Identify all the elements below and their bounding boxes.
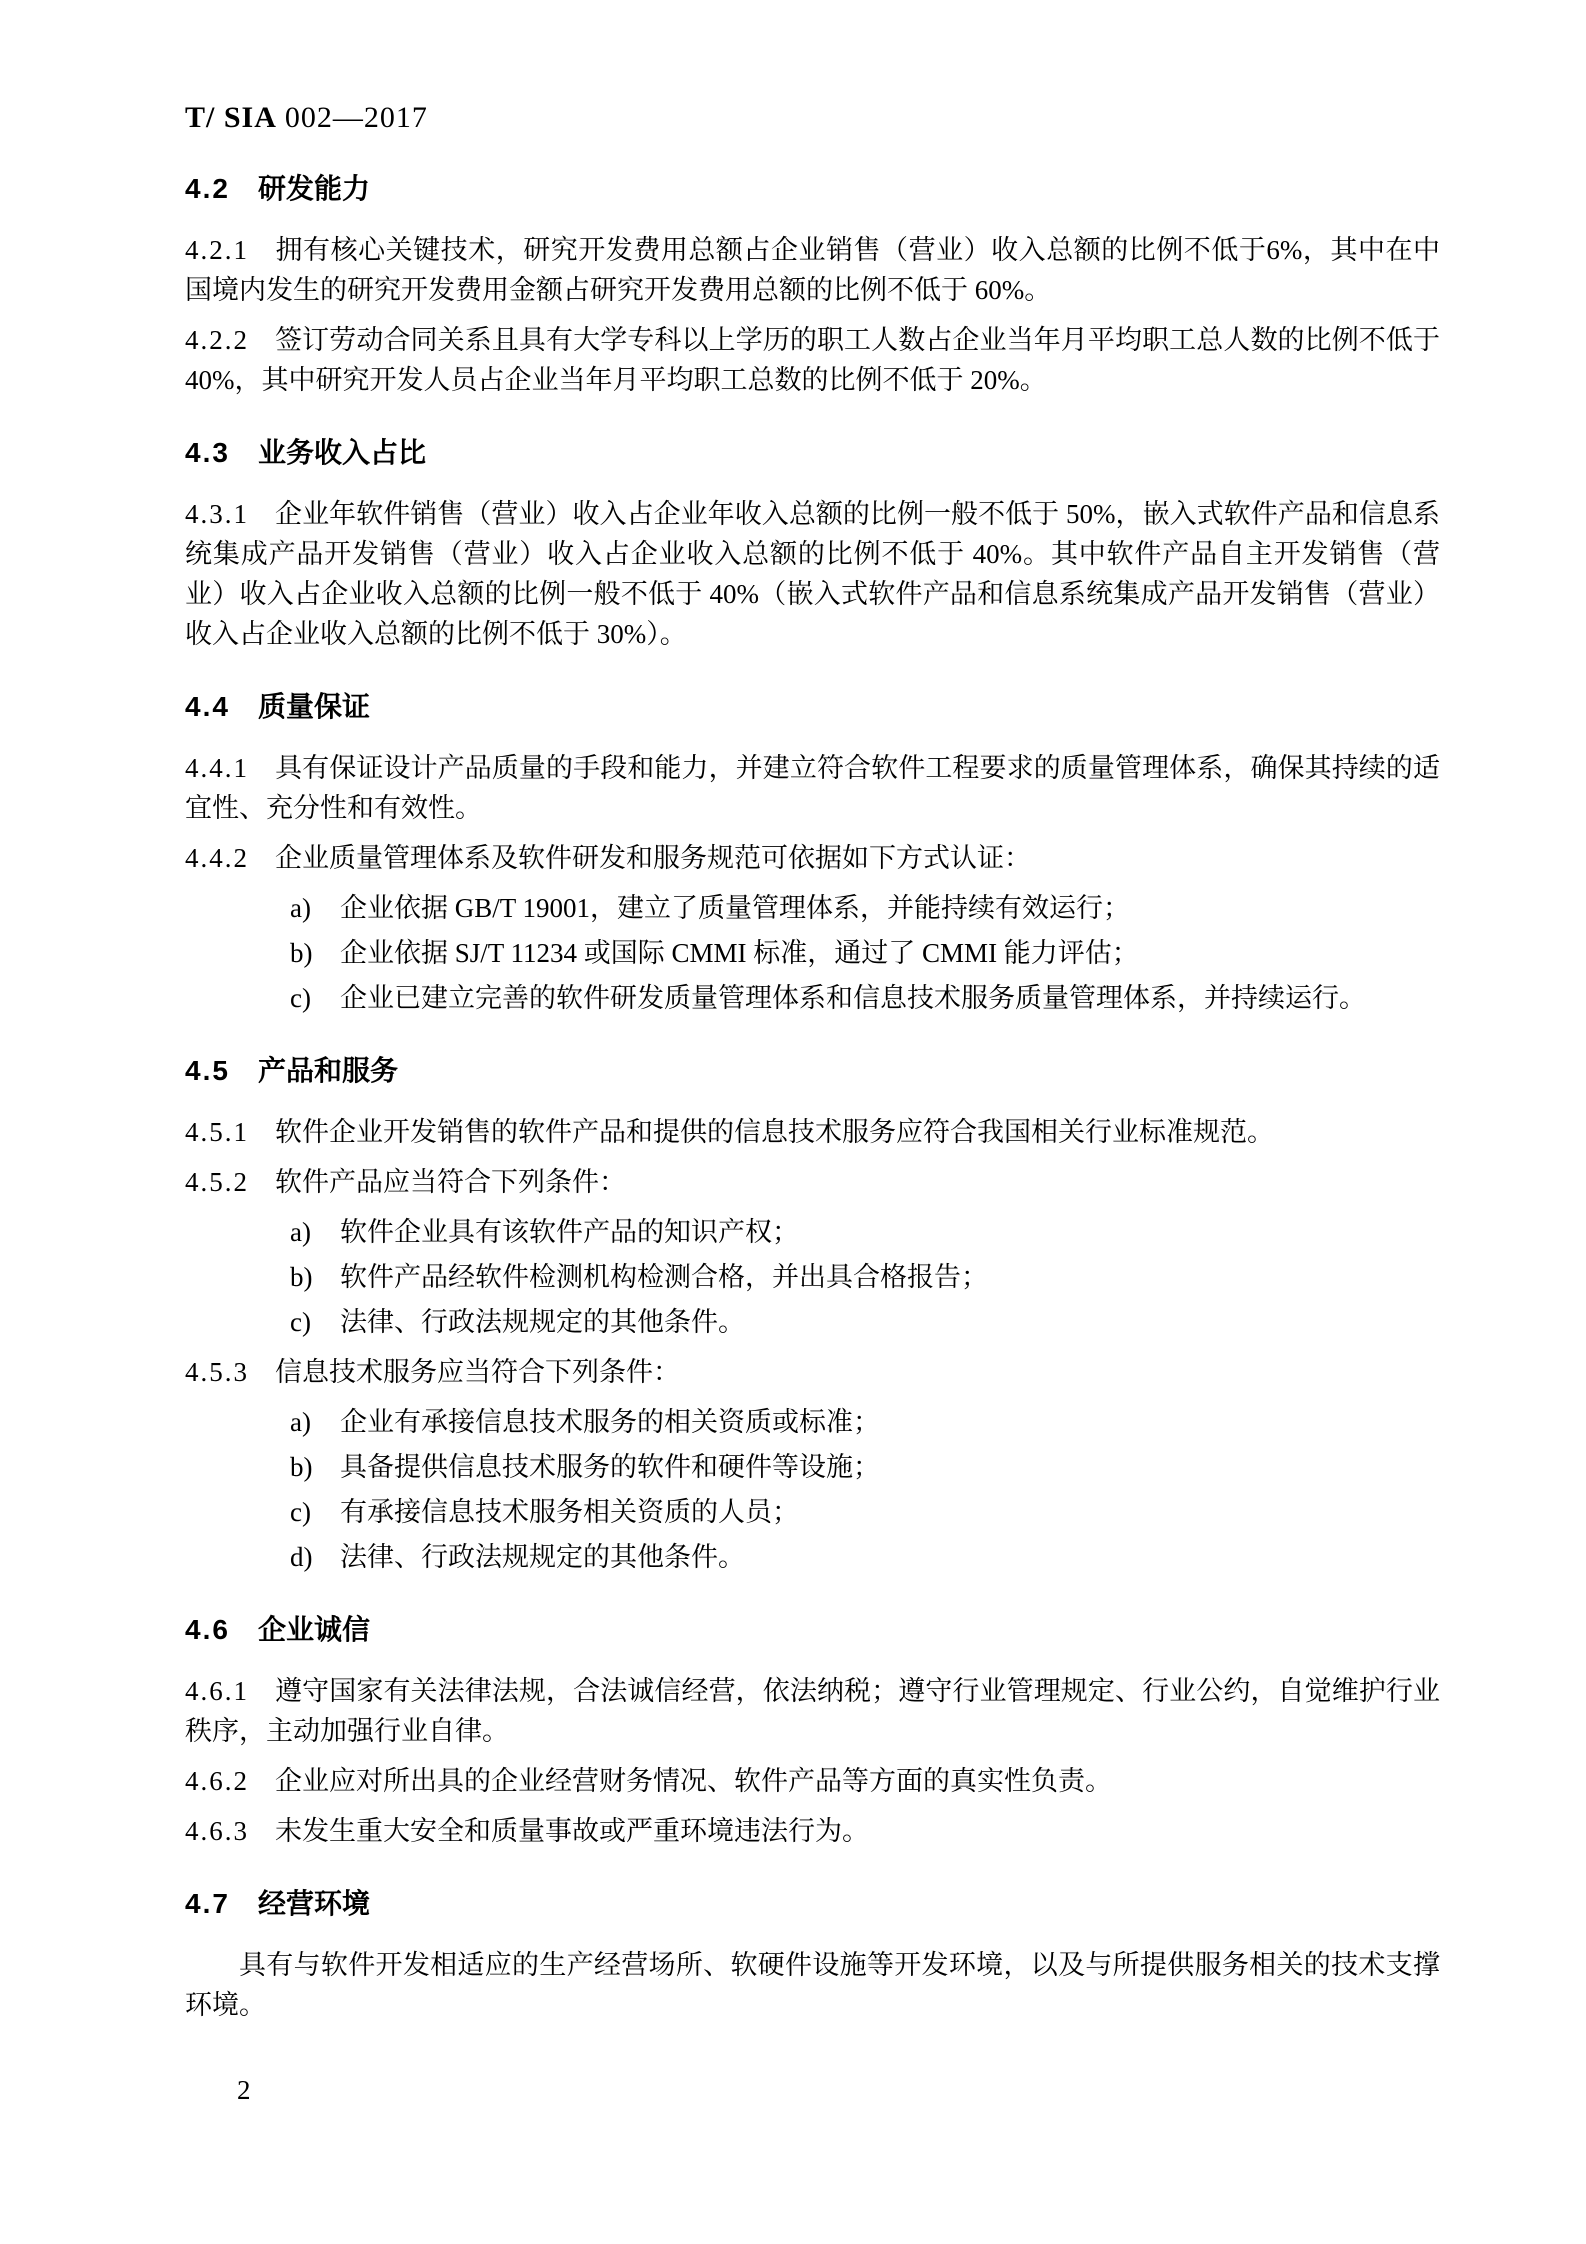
section-number: 4.6 xyxy=(185,1614,230,1645)
clause-4-5-2: 4.5.2软件产品应当符合下列条件： xyxy=(185,1162,1440,1202)
list-text: 企业有承接信息技术服务的相关资质或标准； xyxy=(340,1407,880,1437)
clause-4-5-3: 4.5.3信息技术服务应当符合下列条件： xyxy=(185,1352,1440,1392)
list-text: 企业依据 GB/T 19001，建立了质量管理体系，并能持续有效运行； xyxy=(340,893,1130,923)
clause-text: 拥有核心关键技术，研究开发费用总额占企业销售（营业）收入总额的比例不低于6%，其… xyxy=(185,235,1440,305)
clause-number: 4.6.3 xyxy=(185,1816,249,1846)
list-text: 法律、行政法规规定的其他条件。 xyxy=(340,1307,745,1337)
clause-number: 4.6.1 xyxy=(185,1676,249,1706)
clause-text: 企业年软件销售（营业）收入占企业年收入总额的比例一般不低于 50%，嵌入式软件产… xyxy=(185,499,1440,649)
section-title: 质量保证 xyxy=(258,691,370,722)
list-item-4-4-2-a: a)企业依据 GB/T 19001，建立了质量管理体系，并能持续有效运行； xyxy=(185,888,1440,928)
list-text: 企业依据 SJ/T 11234 或国际 CMMI 标准，通过了 CMMI 能力评… xyxy=(340,938,1139,968)
section-number: 4.2 xyxy=(185,173,230,204)
clause-text: 企业质量管理体系及软件研发和服务规范可依据如下方式认证： xyxy=(275,843,1031,873)
clause-number: 4.5.3 xyxy=(185,1357,249,1387)
section-title: 业务收入占比 xyxy=(258,437,426,468)
clause-number: 4.3.1 xyxy=(185,499,249,529)
clause-4-4-2: 4.4.2企业质量管理体系及软件研发和服务规范可依据如下方式认证： xyxy=(185,838,1440,878)
clause-4-2-2: 4.2.2签订劳动合同关系且具有大学专科以上学历的职工人数占企业当年月平均职工总… xyxy=(185,320,1440,400)
section-number: 4.7 xyxy=(185,1888,230,1919)
list-item-4-5-2-b: b)软件产品经软件检测机构检测合格，并出具合格报告； xyxy=(185,1257,1440,1297)
list-marker: a) xyxy=(290,888,311,928)
clause-text: 具有保证设计产品质量的手段和能力，并建立符合软件工程要求的质量管理体系，确保其持… xyxy=(185,753,1440,823)
section-heading-4-2: 4.2研发能力 xyxy=(185,172,1440,206)
clause-number: 4.6.2 xyxy=(185,1766,249,1796)
clause-text: 签订劳动合同关系且具有大学专科以上学历的职工人数占企业当年月平均职工总人数的比例… xyxy=(185,325,1440,395)
clause-4-7-body: 具有与软件开发相适应的生产经营场所、软硬件设施等开发环境，以及与所提供服务相关的… xyxy=(185,1945,1440,2025)
section-heading-4-6: 4.6企业诚信 xyxy=(185,1613,1440,1647)
list-item-4-5-3-c: c)有承接信息技术服务相关资质的人员； xyxy=(185,1492,1440,1532)
list-text: 有承接信息技术服务相关资质的人员； xyxy=(340,1497,799,1527)
section-title: 研发能力 xyxy=(258,173,370,204)
clause-text: 软件产品应当符合下列条件： xyxy=(275,1167,626,1197)
list-marker: c) xyxy=(290,1492,311,1532)
clause-4-5-1: 4.5.1软件企业开发销售的软件产品和提供的信息技术服务应符合我国相关行业标准规… xyxy=(185,1112,1440,1152)
list-marker: b) xyxy=(290,933,313,973)
list-item-4-5-3-b: b)具备提供信息技术服务的软件和硬件等设施； xyxy=(185,1447,1440,1487)
standard-code-header: T/ SIA002—2017 xyxy=(185,100,1440,136)
section-number: 4.3 xyxy=(185,437,230,468)
list-marker: c) xyxy=(290,978,311,1018)
standard-code-prefix: T/ SIA xyxy=(185,101,277,134)
clause-number: 4.4.1 xyxy=(185,753,249,783)
list-item-4-4-2-c: c)企业已建立完善的软件研发质量管理体系和信息技术服务质量管理体系，并持续运行。 xyxy=(185,978,1440,1018)
section-title: 经营环境 xyxy=(258,1888,370,1919)
list-item-4-5-2-c: c)法律、行政法规规定的其他条件。 xyxy=(185,1302,1440,1342)
clause-text: 软件企业开发销售的软件产品和提供的信息技术服务应符合我国相关行业标准规范。 xyxy=(275,1117,1274,1147)
document-page: T/ SIA002—2017 4.2研发能力 4.2.1拥有核心关键技术，研究开… xyxy=(0,0,1586,2244)
list-item-4-5-2-a: a)软件企业具有该软件产品的知识产权； xyxy=(185,1212,1440,1252)
clause-4-3-1: 4.3.1企业年软件销售（营业）收入占企业年收入总额的比例一般不低于 50%，嵌… xyxy=(185,494,1440,654)
section-number: 4.4 xyxy=(185,691,230,722)
list-marker: a) xyxy=(290,1212,311,1252)
section-heading-4-4: 4.4质量保证 xyxy=(185,690,1440,724)
clause-4-4-1: 4.4.1具有保证设计产品质量的手段和能力，并建立符合软件工程要求的质量管理体系… xyxy=(185,748,1440,828)
list-text: 软件企业具有该软件产品的知识产权； xyxy=(340,1217,799,1247)
list-item-4-4-2-b: b)企业依据 SJ/T 11234 或国际 CMMI 标准，通过了 CMMI 能… xyxy=(185,933,1440,973)
document-body: 4.2研发能力 4.2.1拥有核心关键技术，研究开发费用总额占企业销售（营业）收… xyxy=(185,172,1440,2025)
clause-4-6-2: 4.6.2企业应对所出具的企业经营财务情况、软件产品等方面的真实性负责。 xyxy=(185,1761,1440,1801)
clause-4-2-1: 4.2.1拥有核心关键技术，研究开发费用总额占企业销售（营业）收入总额的比例不低… xyxy=(185,230,1440,310)
list-marker: c) xyxy=(290,1302,311,1342)
clause-number: 4.2.1 xyxy=(185,235,249,265)
clause-text: 未发生重大安全和质量事故或严重环境违法行为。 xyxy=(275,1816,869,1846)
section-title: 企业诚信 xyxy=(258,1614,370,1645)
list-text: 具备提供信息技术服务的软件和硬件等设施； xyxy=(340,1452,880,1482)
section-number: 4.5 xyxy=(185,1055,230,1086)
standard-code-number: 002—2017 xyxy=(285,101,428,134)
list-text: 法律、行政法规规定的其他条件。 xyxy=(340,1542,745,1572)
clause-number: 4.2.2 xyxy=(185,325,249,355)
list-marker: d) xyxy=(290,1537,313,1577)
list-text: 软件产品经软件检测机构检测合格，并出具合格报告； xyxy=(340,1262,988,1292)
list-item-4-5-3-a: a)企业有承接信息技术服务的相关资质或标准； xyxy=(185,1402,1440,1442)
list-item-4-5-3-d: d)法律、行政法规规定的其他条件。 xyxy=(185,1537,1440,1577)
list-text: 企业已建立完善的软件研发质量管理体系和信息技术服务质量管理体系，并持续运行。 xyxy=(340,983,1366,1013)
page-number: 2 xyxy=(237,2072,251,2108)
clause-4-6-1: 4.6.1遵守国家有关法律法规，合法诚信经营，依法纳税；遵守行业管理规定、行业公… xyxy=(185,1671,1440,1751)
clause-number: 4.5.1 xyxy=(185,1117,249,1147)
list-marker: a) xyxy=(290,1402,311,1442)
section-heading-4-3: 4.3业务收入占比 xyxy=(185,436,1440,470)
list-marker: b) xyxy=(290,1447,313,1487)
clause-text: 信息技术服务应当符合下列条件： xyxy=(275,1357,680,1387)
clause-text: 遵守国家有关法律法规，合法诚信经营，依法纳税；遵守行业管理规定、行业公约，自觉维… xyxy=(185,1676,1440,1746)
list-marker: b) xyxy=(290,1257,313,1297)
clause-number: 4.5.2 xyxy=(185,1167,249,1197)
section-title: 产品和服务 xyxy=(258,1055,398,1086)
clause-4-6-3: 4.6.3未发生重大安全和质量事故或严重环境违法行为。 xyxy=(185,1811,1440,1851)
clause-text: 企业应对所出具的企业经营财务情况、软件产品等方面的真实性负责。 xyxy=(275,1766,1112,1796)
section-heading-4-5: 4.5产品和服务 xyxy=(185,1054,1440,1088)
clause-number: 4.4.2 xyxy=(185,843,249,873)
section-heading-4-7: 4.7经营环境 xyxy=(185,1887,1440,1921)
